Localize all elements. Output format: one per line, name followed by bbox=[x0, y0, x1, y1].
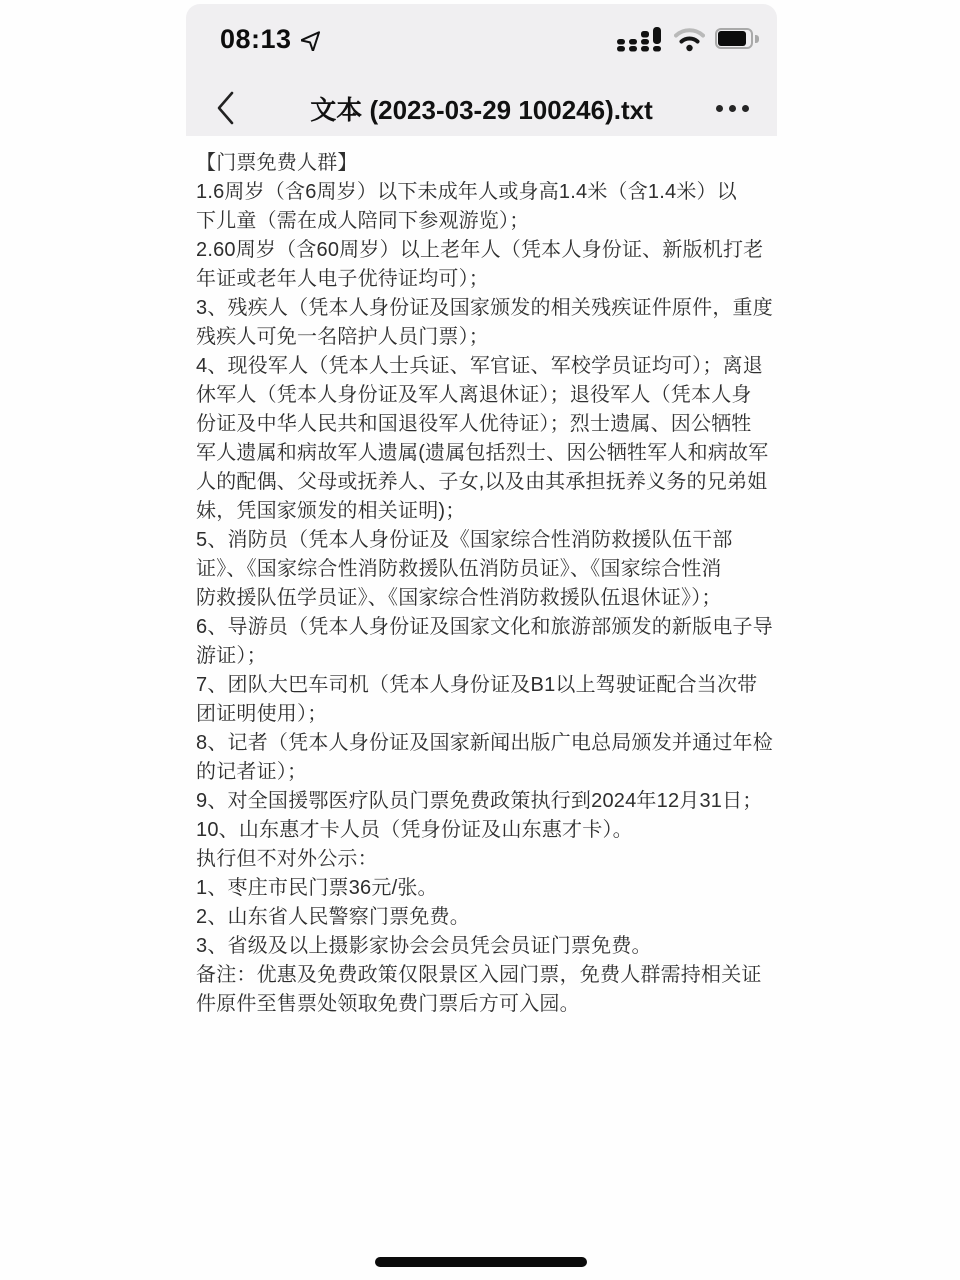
text-line: 残疾人可免一名陪护人员门票）； bbox=[196, 323, 768, 352]
text-line: 2、山东省人民警察门票免费。 bbox=[196, 903, 768, 932]
status-time: 08:13 bbox=[220, 24, 292, 55]
status-bar: 08:13 bbox=[186, 4, 777, 60]
battery-nub bbox=[755, 35, 759, 43]
text-line: 份证及中华人民共和国退役军人优待证）；烈士遗属、因公牺牲 bbox=[196, 410, 768, 439]
header: 08:13 bbox=[186, 4, 777, 136]
back-button[interactable] bbox=[206, 86, 246, 130]
text-line: 5、消防员（凭本人身份证及《国家综合性消防救援队伍干部 bbox=[196, 526, 768, 555]
text-line: 9、对全国援鄂医疗队员门票免费政策执行到2024年12月31日； bbox=[196, 787, 768, 816]
text-line: 10、山东惠才卡人员（凭身份证及山东惠才卡）。 bbox=[196, 816, 768, 845]
text-line: 件原件至售票处领取免费门票后方可入园。 bbox=[196, 990, 768, 1019]
status-right bbox=[616, 27, 759, 52]
status-left: 08:13 bbox=[220, 24, 325, 55]
text-line: 人的配偶、父母或抚养人、子女,以及由其承担抚养义务的兄弟姐 bbox=[196, 468, 768, 497]
more-menu-button[interactable] bbox=[714, 92, 751, 124]
text-line: 军人遗属和病故军人遗属(遗属包括烈士、因公牺牲军人和病故军 bbox=[196, 439, 768, 468]
ellipsis-icon bbox=[716, 105, 723, 112]
text-line: 休军人（凭本人身份证及军人离退休证）；退役军人（凭本人身 bbox=[196, 381, 768, 410]
text-line: 妹，凭国家颁发的相关证明)； bbox=[196, 497, 768, 526]
text-line: 1、枣庄市民门票36元/张。 bbox=[196, 874, 768, 903]
text-line: 4、现役军人（凭本人士兵证、军官证、军校学员证均可）；离退 bbox=[196, 352, 768, 381]
ellipsis-icon bbox=[729, 105, 736, 112]
text-line: 证》、《国家综合性消防救援队伍消防员证》、《国家综合性消 bbox=[196, 555, 768, 584]
cellular-signal-icon bbox=[616, 27, 664, 52]
text-line: 游证）； bbox=[196, 642, 768, 671]
battery-fill bbox=[718, 31, 746, 46]
text-line: 下儿童（需在成人陪同下参观游览）； bbox=[196, 207, 768, 236]
text-line: 2.60周岁（含60周岁）以上老年人（凭本人身份证、新版机打老 bbox=[196, 236, 768, 265]
nav-bar: 文本 (2023-03-29 100246).txt bbox=[186, 80, 777, 136]
chevron-left-icon bbox=[215, 90, 237, 126]
text-line: 执行但不对外公示： bbox=[196, 845, 768, 874]
text-line: 8、记者（凭本人身份证及国家新闻出版广电总局颁发并通过年检 bbox=[196, 729, 768, 758]
text-line: 3、省级及以上摄影家协会会员凭会员证门票免费。 bbox=[196, 932, 768, 961]
text-line: 6、导游员（凭本人身份证及国家文化和旅游部颁发的新版电子导 bbox=[196, 613, 768, 642]
battery-icon bbox=[715, 28, 759, 50]
text-line: 团证明使用）； bbox=[196, 700, 768, 729]
document-text: 【门票免费人群】1.6周岁（含6周岁）以下未成年人或身高1.4米（含1.4米）以… bbox=[196, 149, 768, 1019]
text-line: 防救援队伍学员证》、《国家综合性消防救援队伍退休证》）； bbox=[196, 584, 768, 613]
text-line: 年证或老年人电子优待证均可）； bbox=[196, 265, 768, 294]
text-line: 7、团队大巴车司机（凭本人身份证及B1以上驾驶证配合当次带 bbox=[196, 671, 768, 700]
text-line: 1.6周岁（含6周岁）以下未成年人或身高1.4米（含1.4米）以 bbox=[196, 178, 768, 207]
file-title: 文本 (2023-03-29 100246).txt bbox=[246, 80, 717, 136]
phone-screenshot: 08:13 bbox=[0, 0, 960, 1280]
text-line: 3、残疾人（凭本人身份证及国家颁发的相关残疾证件原件，重度 bbox=[196, 294, 768, 323]
wifi-icon bbox=[674, 27, 705, 52]
location-arrow-icon bbox=[301, 27, 325, 51]
text-line: 【门票免费人群】 bbox=[196, 149, 768, 178]
home-indicator[interactable] bbox=[375, 1257, 587, 1267]
text-line: 的记者证）； bbox=[196, 758, 768, 787]
text-line: 备注：优惠及免费政策仅限景区入园门票，免费人群需持相关证 bbox=[196, 961, 768, 990]
ellipsis-icon bbox=[742, 105, 749, 112]
